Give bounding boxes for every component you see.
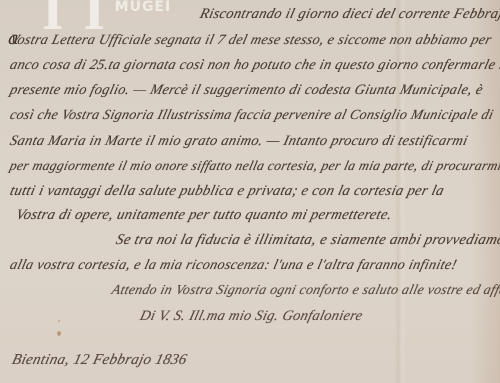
place-and-date: Bientina, 12 Febbrajo 1836 [10,352,189,369]
letter-line-3: anco cosa di 25.ta giornata così non ho … [8,57,500,74]
letter-line-11: alla vostra cortesia, e la mia riconosce… [8,257,459,274]
letter-line-10: Se tra noi la fiducia è illimitata, e si… [114,232,500,249]
letter-line-4: presente mio foglio. — Mercè il suggerim… [8,82,485,99]
letter-line-6: Santa Maria in Marte il mio grato animo.… [8,133,469,150]
letter-line-5: così che Vostra Signoria Illustrissima f… [8,108,495,124]
letter-line-7: per maggiormente il mio onore siffatto n… [8,158,500,174]
ink-stain [57,331,61,336]
letter-line-12: Attendo in Vostra Signoria ogni conforto… [110,282,500,298]
letter-line-8: tutti i vantaggi della salute pubblica e… [8,183,446,200]
letter-line-2: Vostra Lettera Ufficiale segnata il 7 de… [8,32,493,49]
watermark-small-text: MUGEI [115,0,172,15]
document-page: I I MUGEI a Riscontrando il giorno dieci… [0,0,500,383]
letter-line-9: Vostra di opere, unitamente per tutto qu… [14,207,394,224]
letter-line-1: Riscontrando il giorno dieci del corrent… [198,6,500,23]
closing-salutation: Di V. S. Ill.ma mio Sig. Gonfaloniere [138,308,364,325]
ink-stain [58,320,60,322]
